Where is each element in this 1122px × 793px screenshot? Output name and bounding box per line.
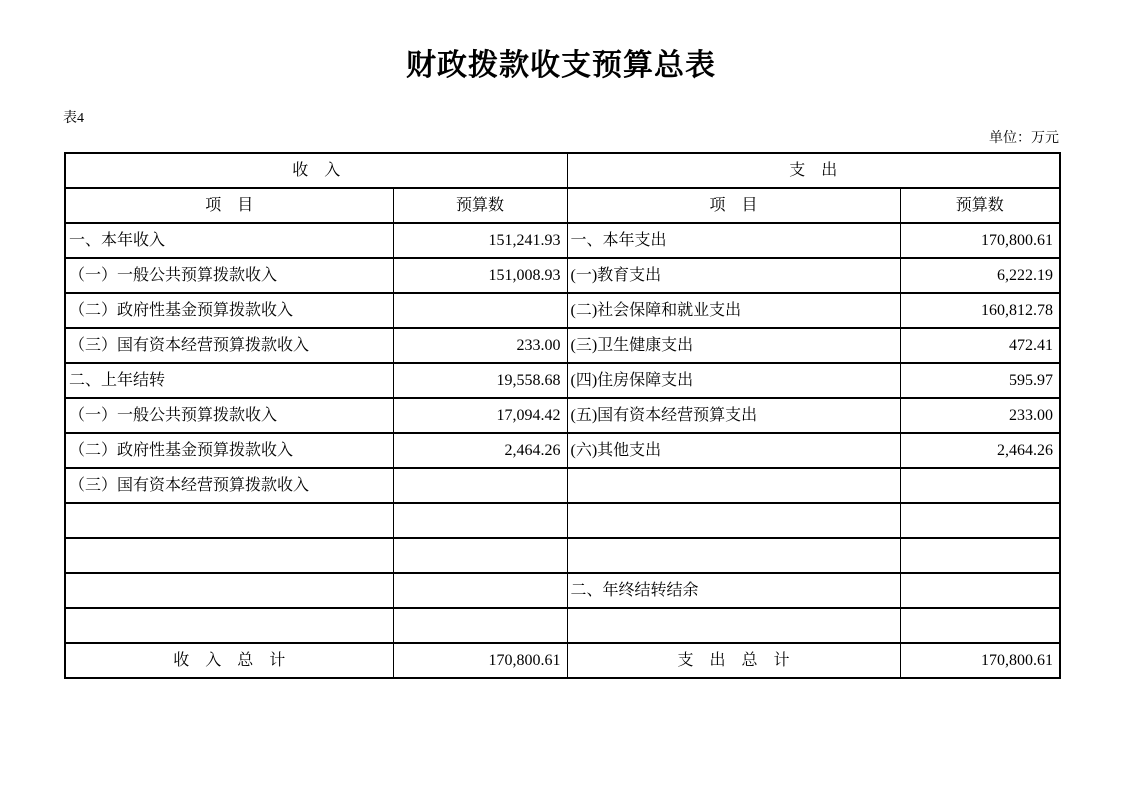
expense-total-label: 支 出 总 计 bbox=[567, 643, 900, 678]
income-item-cell: （二）政府性基金预算拨款收入 bbox=[65, 433, 393, 468]
income-item-cell bbox=[65, 503, 393, 538]
expense-item-cell: (二)社会保障和就业支出 bbox=[567, 293, 900, 328]
income-item-cell: （二）政府性基金预算拨款收入 bbox=[65, 293, 393, 328]
expense-total-value: 170,800.61 bbox=[900, 643, 1060, 678]
total-row: 收 入 总 计 170,800.61 支 出 总 计 170,800.61 bbox=[65, 643, 1060, 678]
income-value-cell: 2,464.26 bbox=[393, 433, 567, 468]
expense-item-cell: (五)国有资本经营预算支出 bbox=[567, 398, 900, 433]
income-value-cell: 233.00 bbox=[393, 328, 567, 363]
expense-item-cell: (四)住房保障支出 bbox=[567, 363, 900, 398]
section-header-row: 收 入 支 出 bbox=[65, 153, 1060, 188]
expense-value-cell: 170,800.61 bbox=[900, 223, 1060, 258]
income-item-cell: 二、上年结转 bbox=[65, 363, 393, 398]
income-item-cell: （一）一般公共预算拨款收入 bbox=[65, 398, 393, 433]
table-row: 二、上年结转19,558.68(四)住房保障支出595.97 bbox=[65, 363, 1060, 398]
income-section-header: 收 入 bbox=[65, 153, 567, 188]
income-item-cell: （三）国有资本经营预算拨款收入 bbox=[65, 328, 393, 363]
expense-item-cell: 二、年终结转结余 bbox=[567, 573, 900, 608]
expense-section-header: 支 出 bbox=[567, 153, 1060, 188]
income-value-cell bbox=[393, 468, 567, 503]
table-row: （一）一般公共预算拨款收入151,008.93(一)教育支出6,222.19 bbox=[65, 258, 1060, 293]
income-value-cell bbox=[393, 608, 567, 643]
income-item-cell bbox=[65, 608, 393, 643]
table-footer: 收 入 总 计 170,800.61 支 出 总 计 170,800.61 bbox=[65, 643, 1060, 678]
income-value-cell bbox=[393, 503, 567, 538]
income-value-cell: 17,094.42 bbox=[393, 398, 567, 433]
expense-value-column-header: 预算数 bbox=[900, 188, 1060, 223]
table-row: （一）一般公共预算拨款收入17,094.42(五)国有资本经营预算支出233.0… bbox=[65, 398, 1060, 433]
expense-value-cell bbox=[900, 608, 1060, 643]
table-row: 二、年终结转结余 bbox=[65, 573, 1060, 608]
table-row bbox=[65, 503, 1060, 538]
expense-value-cell bbox=[900, 468, 1060, 503]
table-row: （二）政府性基金预算拨款收入2,464.26(六)其他支出2,464.26 bbox=[65, 433, 1060, 468]
expense-item-cell: (六)其他支出 bbox=[567, 433, 900, 468]
document-page: 财政拨款收支预算总表 表4 单位：万元 收 入 支 出 项 目 预算数 项 目 … bbox=[0, 0, 1122, 793]
table-row bbox=[65, 538, 1060, 573]
expense-item-cell: (三)卫生健康支出 bbox=[567, 328, 900, 363]
expense-value-cell: 233.00 bbox=[900, 398, 1060, 433]
income-value-cell bbox=[393, 538, 567, 573]
table-row bbox=[65, 608, 1060, 643]
table-row: （二）政府性基金预算拨款收入(二)社会保障和就业支出160,812.78 bbox=[65, 293, 1060, 328]
table-row: 一、本年收入151,241.93一、本年支出170,800.61 bbox=[65, 223, 1060, 258]
expense-item-cell: 一、本年支出 bbox=[567, 223, 900, 258]
table-body: 一、本年收入151,241.93一、本年支出170,800.61（一）一般公共预… bbox=[65, 223, 1060, 643]
expense-value-cell: 472.41 bbox=[900, 328, 1060, 363]
expense-item-cell bbox=[567, 468, 900, 503]
budget-table: 收 入 支 出 项 目 预算数 项 目 预算数 一、本年收入151,241.93… bbox=[64, 152, 1061, 679]
expense-value-cell: 160,812.78 bbox=[900, 293, 1060, 328]
expense-item-cell: (一)教育支出 bbox=[567, 258, 900, 293]
income-value-cell bbox=[393, 293, 567, 328]
expense-item-cell bbox=[567, 608, 900, 643]
table-number-label: 表4 bbox=[63, 107, 84, 127]
expense-value-cell: 6,222.19 bbox=[900, 258, 1060, 293]
expense-value-cell: 2,464.26 bbox=[900, 433, 1060, 468]
expense-value-cell: 595.97 bbox=[900, 363, 1060, 398]
income-value-cell: 151,241.93 bbox=[393, 223, 567, 258]
column-header-row: 项 目 预算数 项 目 预算数 bbox=[65, 188, 1060, 223]
income-value-cell bbox=[393, 573, 567, 608]
expense-value-cell bbox=[900, 503, 1060, 538]
expense-item-column-header: 项 目 bbox=[567, 188, 900, 223]
income-total-label: 收 入 总 计 bbox=[65, 643, 393, 678]
income-value-column-header: 预算数 bbox=[393, 188, 567, 223]
expense-item-cell bbox=[567, 538, 900, 573]
expense-value-cell bbox=[900, 573, 1060, 608]
table-row: （三）国有资本经营预算拨款收入233.00(三)卫生健康支出472.41 bbox=[65, 328, 1060, 363]
income-item-cell: （三）国有资本经营预算拨款收入 bbox=[65, 468, 393, 503]
expense-item-cell bbox=[567, 503, 900, 538]
income-item-cell bbox=[65, 573, 393, 608]
income-item-cell bbox=[65, 538, 393, 573]
table-header: 收 入 支 出 项 目 预算数 项 目 预算数 bbox=[65, 153, 1060, 223]
income-value-cell: 19,558.68 bbox=[393, 363, 567, 398]
income-value-cell: 151,008.93 bbox=[393, 258, 567, 293]
income-item-cell: （一）一般公共预算拨款收入 bbox=[65, 258, 393, 293]
table-row: （三）国有资本经营预算拨款收入 bbox=[65, 468, 1060, 503]
page-title: 财政拨款收支预算总表 bbox=[0, 40, 1122, 84]
expense-value-cell bbox=[900, 538, 1060, 573]
income-item-column-header: 项 目 bbox=[65, 188, 393, 223]
income-item-cell: 一、本年收入 bbox=[65, 223, 393, 258]
income-total-value: 170,800.61 bbox=[393, 643, 567, 678]
unit-label: 单位：万元 bbox=[989, 127, 1059, 147]
